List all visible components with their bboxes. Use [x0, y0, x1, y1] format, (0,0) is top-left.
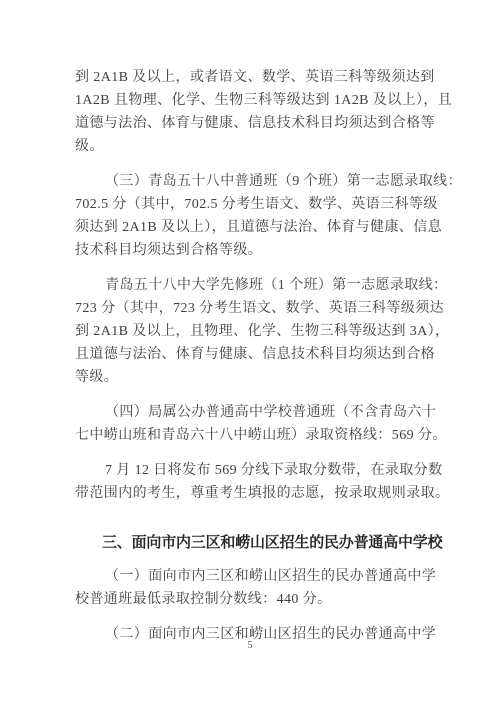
- text-line: 带范围内的考生，尊重考生填报的志愿，按录取规则录取。: [75, 482, 431, 505]
- text-line: 技术科目均须达到合格等级。: [75, 239, 431, 262]
- text-line: 道德与法治、体育与健康、信息技术科目均须达到合格等: [75, 112, 431, 135]
- text-line: 级。: [75, 135, 431, 158]
- paragraph-item4-public-school-line: （四）局属公办普通高中学校普通班（不含青岛六十 七中崂山班和青岛六十八中崂山班）…: [75, 401, 431, 447]
- text-line: 七中崂山班和青岛六十八中崂山班）录取资格线：569 分。: [75, 424, 431, 447]
- text-line: 青岛五十八中大学先修班（1 个班）第一志愿录取线：: [75, 274, 431, 297]
- paragraph-item3-no58-regular-class: （三）青岛五十八中普通班（9 个班）第一志愿录取线： 702.5 分（其中，70…: [75, 170, 431, 262]
- text-line: 1A2B 且物理、化学、生物三科等级达到 1A2B 及以上），且: [75, 89, 431, 112]
- paragraph-grade-requirements-continuation: 到 2A1B 及以上，或者语文、数学、英语三科等级须达到 1A2B 且物理、化学…: [75, 66, 431, 158]
- paragraph-private-item1: （一）面向市内三区和崂山区招生的民办普通高中学 校普通班最低录取控制分数线：44…: [75, 565, 431, 611]
- text-line: （三）青岛五十八中普通班（9 个班）第一志愿录取线：: [75, 170, 431, 193]
- text-line: 等级。: [75, 366, 431, 389]
- text-line: 到 2A1B 及以上，或者语文、数学、英语三科等级须达到: [75, 66, 431, 89]
- section-heading-private-schools: 三、面向市内三区和崂山区招生的民办普通高中学校: [75, 531, 431, 555]
- text-line: 7 月 12 日将发布 569 分线下录取分数带，在录取分数: [75, 459, 431, 482]
- document-page: 到 2A1B 及以上，或者语文、数学、英语三科等级须达到 1A2B 且物理、化学…: [0, 0, 500, 706]
- text-line: 校普通班最低录取控制分数线：440 分。: [75, 588, 431, 611]
- text-line: 723 分（其中，723 分考生语文、数学、英语三科等级须达: [75, 297, 431, 320]
- paragraph-score-band-notice: 7 月 12 日将发布 569 分线下录取分数带，在录取分数 带范围内的考生，尊…: [75, 459, 431, 505]
- text-line: 到 2A1B 及以上，且物理、化学、生物三科等级达到 3A），: [75, 320, 431, 343]
- text-line: （四）局属公办普通高中学校普通班（不含青岛六十: [75, 401, 431, 424]
- text-line: 须达到 2A1B 及以上），且道德与法治、体育与健康、信息: [75, 216, 431, 239]
- document-text-area: 到 2A1B 及以上，或者语文、数学、英语三科等级须达到 1A2B 且物理、化学…: [75, 66, 431, 658]
- text-line: 702.5 分（其中，702.5 分考生语文、数学、英语三科等级: [75, 193, 431, 216]
- page-number: 5: [0, 640, 500, 651]
- text-line: 且道德与法治、体育与健康、信息技术科目均须达到合格: [75, 343, 431, 366]
- text-line: （一）面向市内三区和崂山区招生的民办普通高中学: [75, 565, 431, 588]
- paragraph-no58-advanced-class: 青岛五十八中大学先修班（1 个班）第一志愿录取线： 723 分（其中，723 分…: [75, 274, 431, 389]
